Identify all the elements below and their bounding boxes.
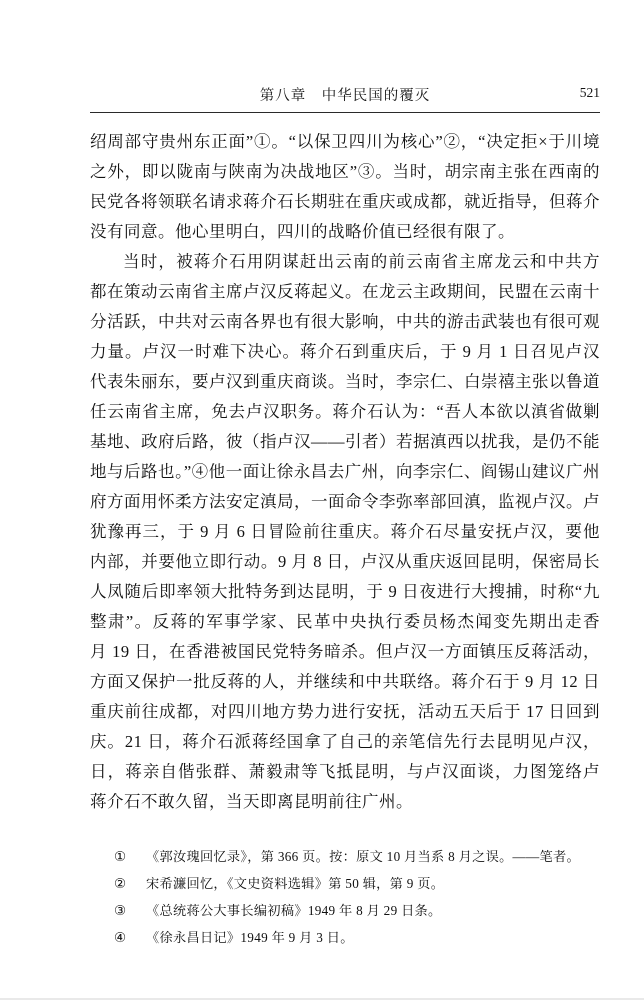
text-line: 人凤随后即率领大批特务到达昆明，于 9 日夜进行大搜捕，时称“九九 (90, 577, 600, 607)
footnote-marker: ② (114, 870, 136, 897)
text-line: 蒋介石不敢久留，当天即离昆明前往广州。 (90, 787, 600, 817)
text-line: 代表朱丽东，要卢汉到重庆商谈。当时，李宗仁、白崇禧主张以鲁道源 (90, 367, 600, 397)
footnote-item: ④《徐永昌日记》1949 年 9 月 3 日。 (90, 924, 600, 951)
footnote-item: ①《郭汝瑰回忆录》，第 366 页。按：原文 10 月当系 8 月之误。——笔者… (90, 843, 600, 870)
text-line: 民党各将领联名请求蒋介石长期驻在重庆或成都，就近指导，但蒋介石 (90, 187, 600, 217)
running-head: 第八章 中华民国的覆灭 521 (90, 84, 600, 110)
text-line: 地与后路也。”④他一面让徐永昌去广州，向李宗仁、阎锡山建议广州政 (90, 457, 600, 487)
text-line: 都在策动云南省主席卢汉反蒋起义。在龙云主政期间，民盟在云南十 (90, 277, 600, 307)
text-line: 基地、政府后路，彼（指卢汉——引者）若据滇西以扰我，是仍不能作基 (90, 427, 600, 457)
text-line: 重庆前往成都，对四川地方势力进行安抚，活动五天后于 17 日回到重 (90, 697, 600, 727)
text-line: 内部，并要他立即行动。9 月 8 日，卢汉从重庆返回昆明，保密局长毛 (90, 547, 600, 577)
footnote-marker: ④ (114, 924, 136, 951)
footnotes: ①《郭汝瑰回忆录》，第 366 页。按：原文 10 月当系 8 月之误。——笔者… (90, 843, 600, 951)
page-number: 521 (580, 85, 600, 101)
book-page: 第八章 中华民国的覆灭 521 绍周部守贵州东正面”①。“以保卫四川为核心”②，… (0, 0, 644, 1000)
text-line: 整肃”。反蒋的军事学家、民革中央执行委员杨杰闻变先期出走香港，9 (90, 607, 600, 637)
chapter-title: 第八章 中华民国的覆灭 (90, 84, 600, 105)
text-line: 庆。21 日，蒋介石派蒋经国拿了自己的亲笔信先行去昆明见卢汉，翌 (90, 727, 600, 757)
text-line: 犹豫再三，于 9 月 6 日冒险前往重庆。蒋介石尽量安抚卢汉，要他肃清 (90, 517, 600, 547)
footnote-text: 《郭汝瑰回忆录》，第 366 页。按：原文 10 月当系 8 月之误。——笔者。 (146, 843, 580, 870)
text-line: 日，蒋亲自偕张群、萧毅肃等飞抵昆明，与卢汉面谈，力图笼络卢汉。但 (90, 757, 600, 787)
text-line: 月 19 日，在香港被国民党特务暗杀。但卢汉一方面镇压反蒋活动，一 (90, 637, 600, 667)
footnote-marker: ③ (114, 897, 136, 924)
text-line: 方面又保护一批反蒋的人，并继续和中共联络。蒋介石于 9 月 12 日从 (90, 667, 600, 697)
footnote-item: ③《总统蒋公大事长编初稿》1949 年 8 月 29 日条。 (90, 897, 600, 924)
text-line: 之外，即以陇南与陕南为决战地区”③。当时，胡宗南主张在西南的国 (90, 157, 600, 187)
text-line: 府方面用怀柔方法安定滇局，一面命令李弥率部回滇，监视卢汉。卢汉 (90, 487, 600, 517)
paragraph: 绍周部守贵州东正面”①。“以保卫四川为核心”②，“决定拒×于川境之外，即以陇南与… (90, 127, 600, 247)
text-line: 任云南省主席，免去卢汉职务。蒋介石认为：“吾人本欲以滇省做剿共 (90, 397, 600, 427)
text-line: 当时，被蒋介石用阴谋赶出云南的前云南省主席龙云和中共方面， (90, 247, 600, 277)
text-line: 分活跃，中共对云南各界也有很大影响，中共的游击武装也有很可观的 (90, 307, 600, 337)
text-column: 第八章 中华民国的覆灭 521 绍周部守贵州东正面”①。“以保卫四川为核心”②，… (90, 84, 600, 951)
footnote-text: 宋希濂回忆，《文史资料选辑》第 50 辑，第 9 页。 (146, 870, 444, 897)
text-line: 没有同意。他心里明白，四川的战略价值已经很有限了。 (90, 217, 600, 247)
paragraph: 当时，被蒋介石用阴谋赶出云南的前云南省主席龙云和中共方面，都在策动云南省主席卢汉… (90, 247, 600, 817)
header-rule (90, 112, 600, 113)
text-line: 绍周部守贵州东正面”①。“以保卫四川为核心”②，“决定拒×于川境 (90, 127, 600, 157)
body-text: 绍周部守贵州东正面”①。“以保卫四川为核心”②，“决定拒×于川境之外，即以陇南与… (90, 127, 600, 817)
footnote-text: 《总统蒋公大事长编初稿》1949 年 8 月 29 日条。 (146, 897, 442, 924)
footnote-marker: ① (114, 843, 136, 870)
footnote-item: ②宋希濂回忆，《文史资料选辑》第 50 辑，第 9 页。 (90, 870, 600, 897)
footnote-text: 《徐永昌日记》1949 年 9 月 3 日。 (146, 924, 354, 951)
text-line: 力量。卢汉一时难下决心。蒋介石到重庆后，于 9 月 1 日召见卢汉的 (90, 337, 600, 367)
